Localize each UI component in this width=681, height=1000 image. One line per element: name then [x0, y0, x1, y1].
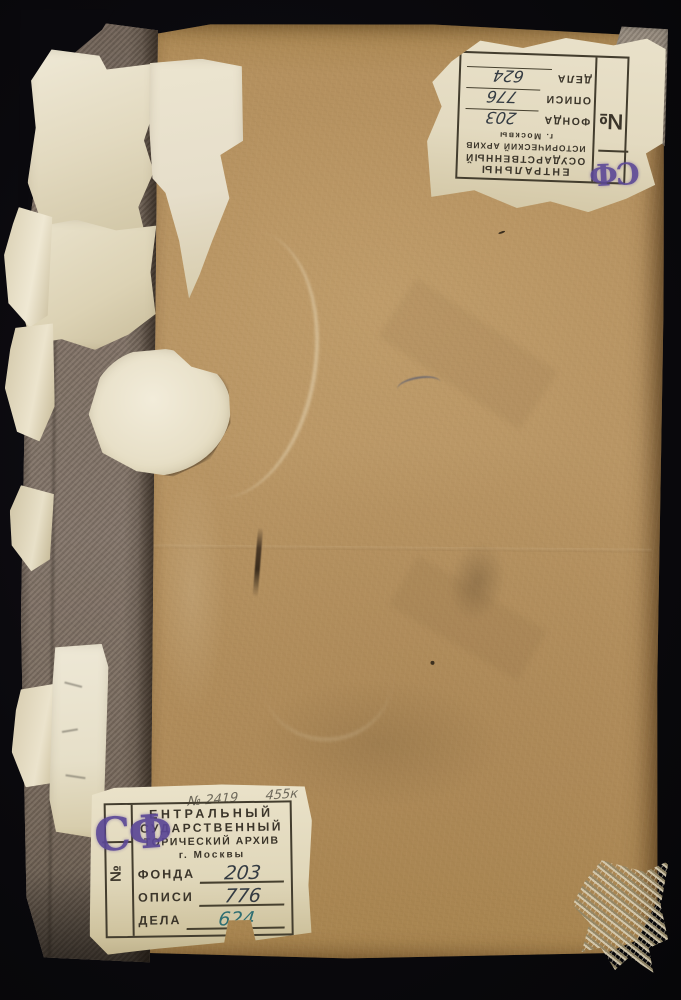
paper-flap: [9, 485, 54, 571]
field-value-handwritten: 776: [199, 887, 286, 907]
sf-purple-overprint: СФ: [92, 803, 172, 862]
numero-sign: №: [107, 865, 124, 882]
archive-book-cover: № ЕНТРАЛЬНЫ ОСУДАРСТВЕННЫЙ ИСТОРИЧЕСКИЙ …: [14, 11, 666, 969]
pencil-mark: [65, 774, 85, 779]
archive-label-bottom: № 2419 455к № ЕНТРАЛЬНЫЙ СУДАРСТВЕННЫЙ Т…: [87, 783, 314, 956]
field-value-handwritten: 624: [465, 66, 552, 83]
upside-down-stamp: № ЕНТРАЛЬНЫ ОСУДАРСТВЕННЫЙ ИСТОРИЧЕСКИЙ …: [443, 40, 648, 205]
field-label: ДЕЛА: [138, 911, 181, 930]
paper-flap: [3, 207, 52, 327]
field-value-handwritten: 203: [200, 864, 286, 883]
field-value-handwritten: 203: [463, 108, 538, 125]
numero-sign: №: [598, 108, 623, 135]
field-fonda: ФОНДА 203: [138, 859, 285, 884]
archive-label-top: № ЕНТРАЛЬНЫ ОСУДАРСТВЕННЫЙ ИСТОРИЧЕСКИЙ …: [426, 37, 666, 213]
field-opisi: ОПИСИ 776: [138, 882, 285, 907]
faded-band: [156, 466, 228, 717]
field-label: ОПИСИ: [545, 90, 591, 107]
field-label: ОПИСИ: [138, 888, 194, 908]
field-label: ФОНДА: [138, 865, 196, 885]
field-label: ФОНДА: [543, 111, 591, 128]
pencil-mark: [64, 681, 82, 687]
field-label: ДЕЛА: [556, 69, 592, 86]
field-dela: ДЕЛА 624: [138, 905, 285, 930]
stamp-text-area: ЕНТРАЛЬНЫ ОСУДАРСТВЕННЫЙ ИСТОРИЧЕСКИЙ АР…: [457, 53, 595, 182]
field-fonda: ФОНДА 203: [464, 108, 591, 133]
photo-background: № ЕНТРАЛЬНЫ ОСУДАРСТВЕННЫЙ ИСТОРИЧЕСКИЙ …: [0, 0, 681, 1000]
sf-purple-overprint: СФ: [590, 154, 640, 191]
speck: [430, 661, 434, 665]
pencil-mark: [62, 728, 78, 733]
field-value-handwritten: 776: [464, 87, 540, 104]
